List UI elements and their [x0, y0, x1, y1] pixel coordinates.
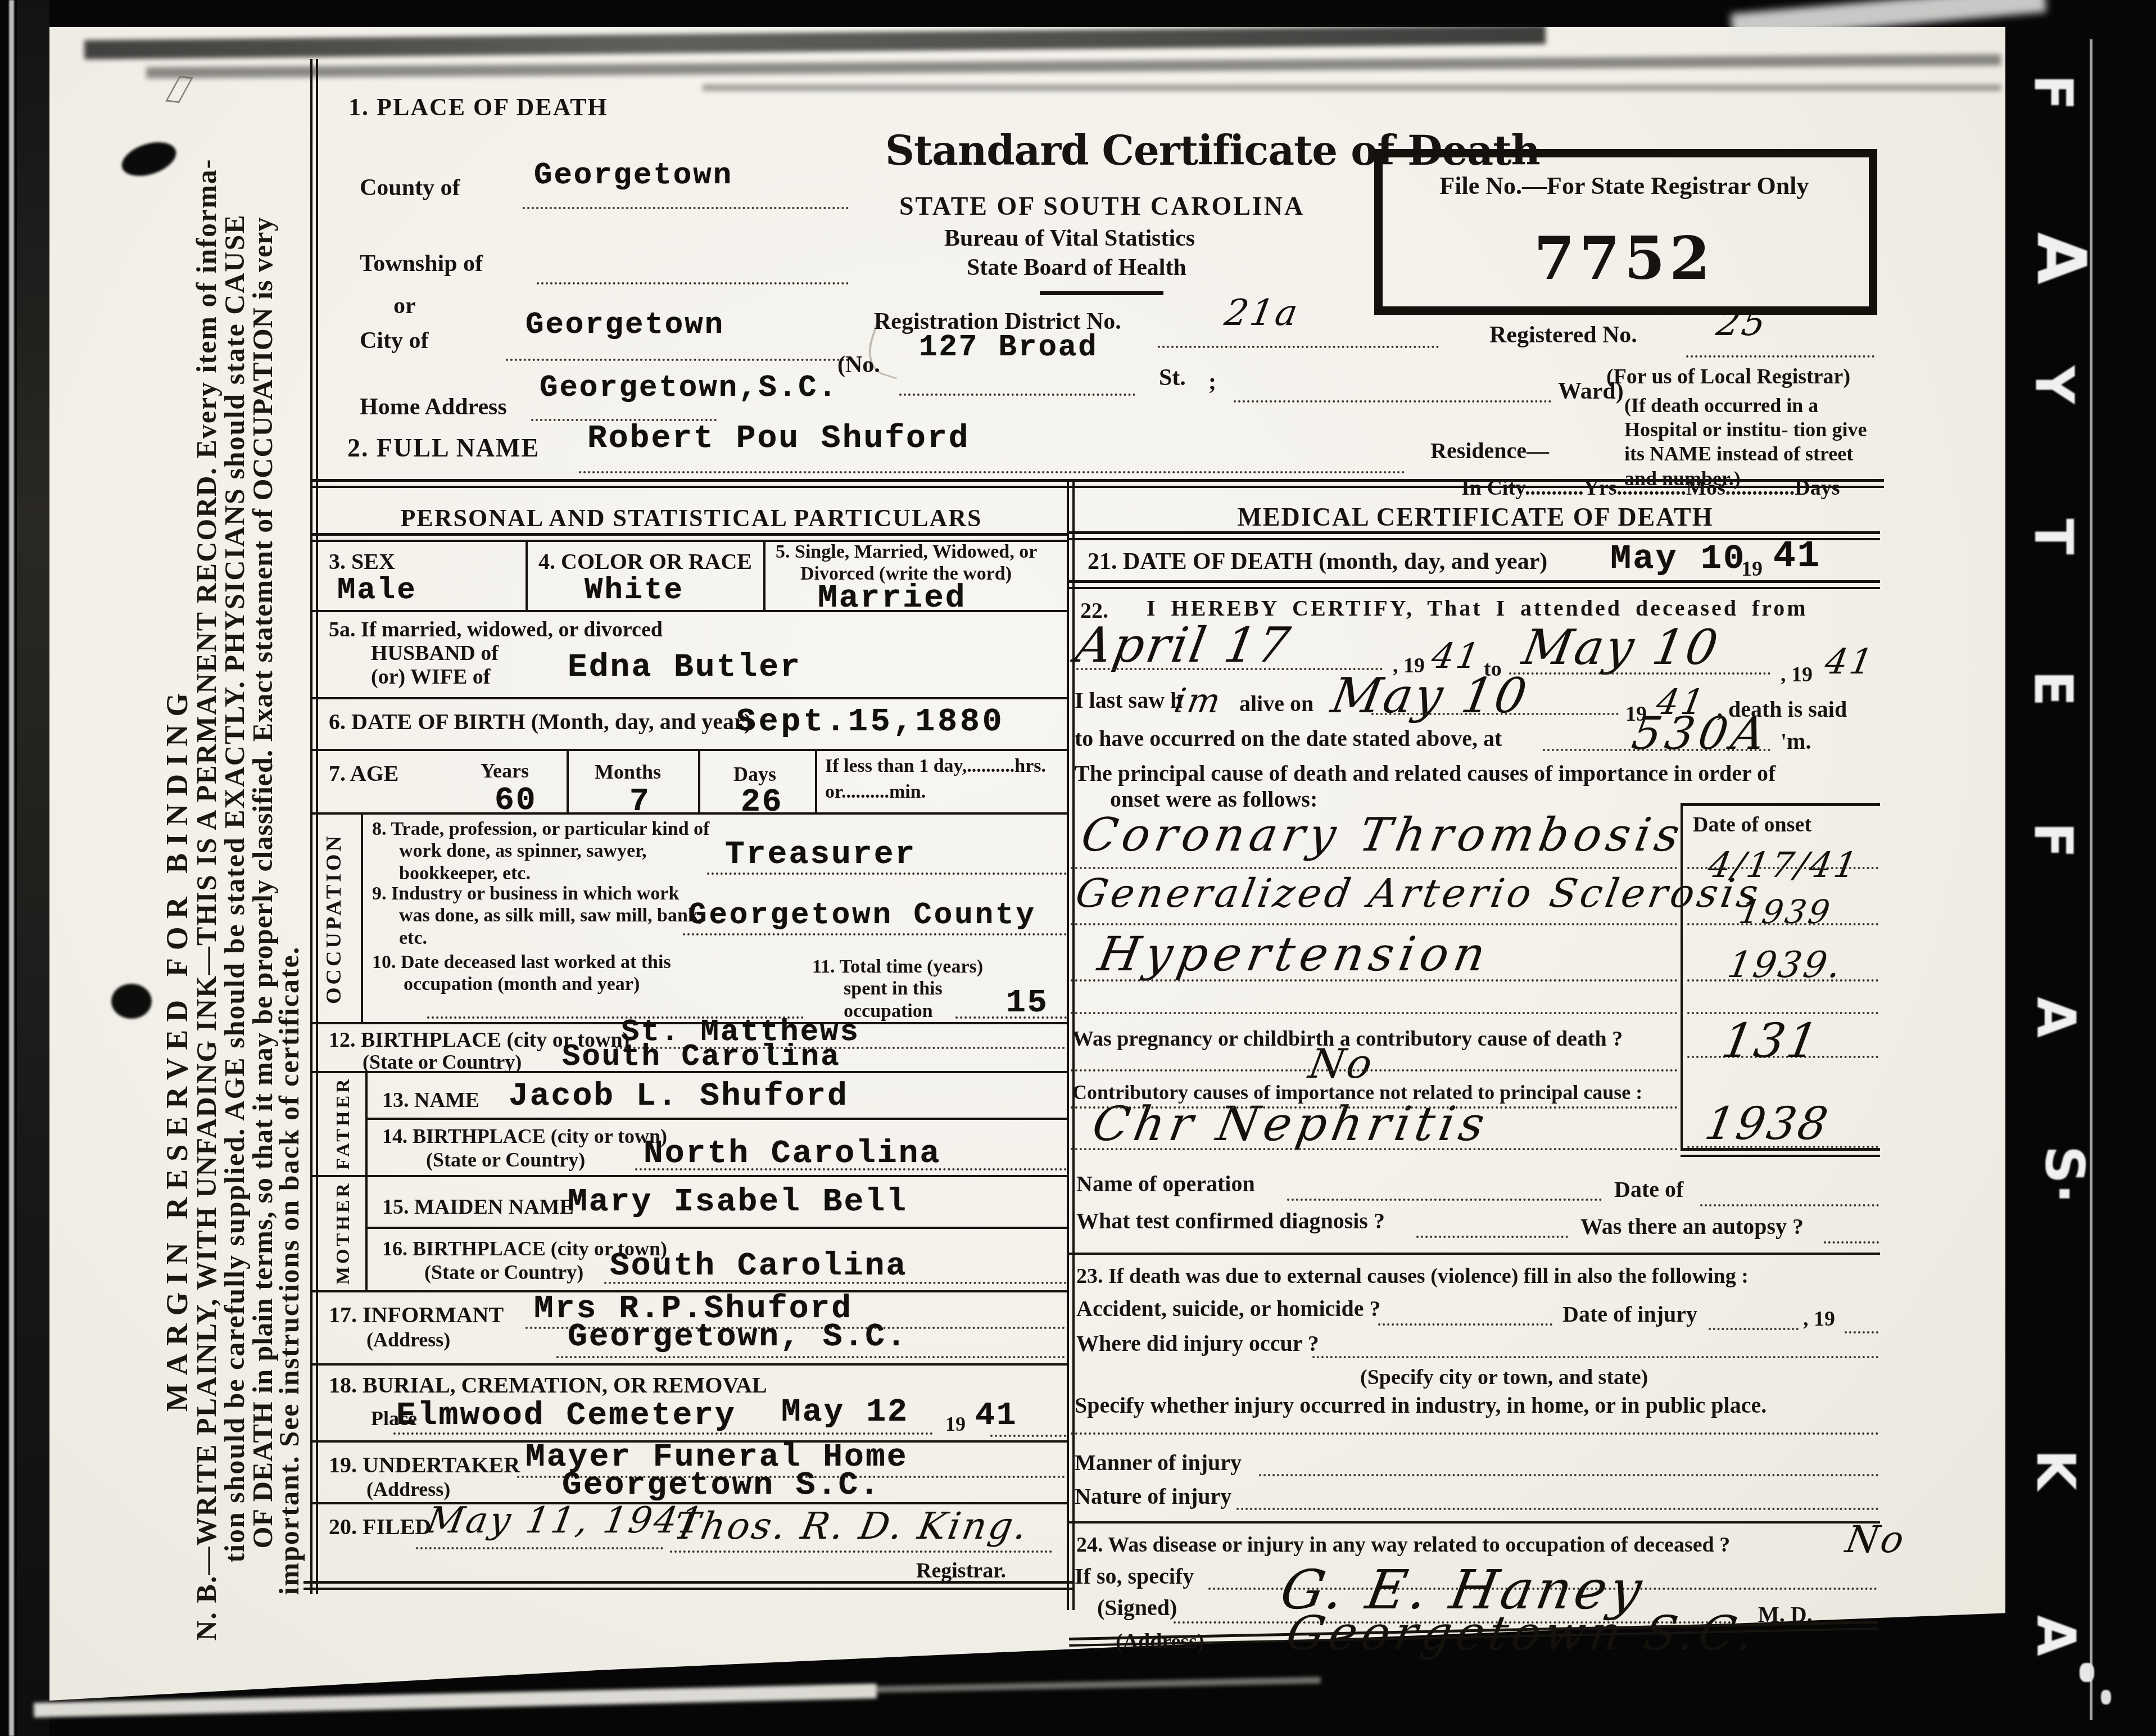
dotted-line: [1234, 400, 1551, 403]
residence-label: Residence—: [1430, 437, 1549, 464]
dotted-line: [556, 1356, 1065, 1358]
item13-label: 13. NAME: [382, 1088, 479, 1113]
contributory-onset-2: 1938: [1701, 1097, 1834, 1150]
left-column-bottom-rule: [304, 1581, 1072, 1590]
rule: [312, 610, 1069, 612]
bureau-line: Bureau of Vital Statistics: [944, 225, 1195, 252]
dotted-line: [1312, 1356, 1879, 1358]
item24-answer: No: [1842, 1518, 1909, 1561]
spouse-value: Edna Butler: [568, 649, 801, 686]
race-label: 4. COLOR OR RACE: [538, 548, 752, 575]
dotted-line: [1071, 979, 1678, 982]
printed-comma-19: , 19: [1781, 662, 1813, 687]
rule: [312, 749, 1069, 751]
dotted-line: [1158, 346, 1439, 348]
item12-state-value: South Carolina: [562, 1040, 841, 1074]
address-paren-label: (Address): [366, 1328, 450, 1351]
film-edge-letter: S·: [2033, 1146, 2094, 1204]
dotted-line: [393, 1432, 933, 1435]
attended-to-value: May 10: [1518, 620, 1724, 676]
st-label: St.: [1159, 364, 1186, 391]
dotted-line: [1236, 1508, 1879, 1510]
item21-value: May 10: [1610, 539, 1746, 578]
less-than-label: If less than 1 day,..........hrs. or....…: [825, 753, 1061, 805]
occurred-label: to have occurred on the date stated abov…: [1075, 725, 1502, 752]
husband-of-label: HUSBAND of: [371, 641, 499, 666]
item8-value: Treasurer: [725, 837, 916, 873]
board-line: State Board of Health: [967, 254, 1186, 281]
specify-industry-label: Specify whether injury occurred in indus…: [1075, 1392, 1767, 1418]
item5a-label: 5a. If married, widowed, or divorced: [329, 617, 663, 642]
item8-label: 8. Trade, profession, or particular kind…: [372, 818, 715, 884]
item23-label: 23. If death was due to external causes …: [1076, 1264, 1749, 1289]
rule: [1069, 580, 1880, 589]
dotted-line: [1071, 923, 1678, 925]
dotted-line: [1687, 923, 1878, 925]
occupation-inner-border: [361, 812, 363, 1022]
full-name-value: Robert Pou Shuford: [587, 421, 970, 457]
dotted-line: [1371, 713, 1619, 715]
county-label: County of: [360, 174, 460, 201]
film-left-white-sliver: [9, 0, 14, 1736]
printed-comma-19: , 19: [1803, 1306, 1835, 1331]
dob-value: Sept.15,1880: [736, 704, 1005, 740]
item11-label: 11. Total time (years) spent in this occ…: [812, 956, 1009, 1022]
days-label: Days: [733, 762, 776, 786]
dotted-line: [506, 359, 849, 361]
item9-label: 9. Industry or business in which work wa…: [372, 883, 709, 949]
rule: [1069, 531, 1880, 540]
rule: [312, 1175, 1069, 1177]
dotted-line: [1259, 1474, 1879, 1476]
file-no-value: 7752: [1383, 224, 1866, 293]
mother-inner-border: [365, 1175, 368, 1290]
dotted-line: [1845, 1331, 1878, 1333]
item19-label: 19. UNDERTAKER: [329, 1452, 520, 1478]
city-value: Georgetown: [526, 308, 724, 342]
item24-label: 24. Was disease or injury in any way rel…: [1076, 1532, 1730, 1557]
dotted-line: [670, 1550, 1052, 1553]
dob-label: 6. DATE OF BIRTH (Month, day, and year): [329, 708, 751, 735]
dotted-line: [1824, 1241, 1879, 1244]
age-label: 7. AGE: [329, 760, 398, 786]
printed-19: 19: [945, 1412, 966, 1436]
m-label: 'm.: [1781, 728, 1811, 754]
item17-label: 17. INFORMANT: [329, 1301, 504, 1328]
onset-box-bottom: [1681, 1148, 1880, 1157]
dotted-line: [1071, 1106, 1678, 1109]
race-value: White: [585, 573, 684, 608]
home-address-value: Georgetown,S.C.: [540, 371, 838, 405]
accident-label: Accident, suicide, or homicide ?: [1076, 1295, 1380, 1322]
rule: [1069, 1521, 1880, 1523]
registered-no-value: 25: [1713, 302, 1770, 344]
onset-box-top: [1681, 803, 1880, 806]
film-edge-letter: E: [2022, 670, 2083, 706]
dotted-line: [1509, 672, 1770, 675]
film-edge-letter: F: [2022, 822, 2083, 858]
test-label: What test confirmed diagnosis ?: [1076, 1208, 1385, 1234]
dotted-line: [1416, 1236, 1568, 1238]
cause-1-value: Coronary Thrombosis: [1077, 808, 1689, 862]
years-label: Years: [481, 759, 529, 783]
dotted-line: [1543, 749, 1770, 751]
bottom-right-speck-1: [2080, 1663, 2094, 1682]
state-line: STATE OF SOUTH CAROLINA: [899, 191, 1305, 221]
county-value: Georgetown: [534, 159, 733, 193]
dotted-line: [955, 1016, 1067, 1019]
margin-nb-line-4: important. See instructions on back of c…: [273, 946, 305, 1595]
item21-label: 21. DATE OF DEATH (month, day, and year): [1088, 548, 1547, 575]
contributory-value: Chr Nephritis: [1088, 1096, 1493, 1151]
burial-place-value: Elmwood Cemetery: [396, 1398, 736, 1434]
file-no-label: File No.—For State Registrar Only: [1383, 171, 1866, 200]
where-injury-label: Where did injury occur ?: [1076, 1330, 1319, 1357]
dotted-line: [579, 471, 1405, 473]
semicolon: ;: [1208, 368, 1216, 395]
cell-divider: [763, 540, 766, 610]
injury-date-label: Date of injury: [1562, 1301, 1697, 1327]
medical-section-title: MEDICAL CERTIFICATE OF DEATH: [1071, 502, 1880, 532]
item1-label: 1. PLACE OF DEATH: [348, 93, 608, 121]
address-paren-label: (Address): [366, 1477, 450, 1501]
sex-value: Male: [337, 573, 417, 608]
dotted-line: [990, 1435, 1066, 1437]
item9-value: Georgetown County: [689, 898, 1036, 933]
onset-box-left: [1681, 803, 1683, 1148]
residence-line: In City...........Yrs.............Mos...…: [1461, 476, 1840, 500]
last-saw-him: im: [1171, 681, 1225, 721]
dotted-line: [523, 207, 849, 209]
item13-value: Jacob L. Shuford: [509, 1078, 849, 1115]
film-white-line-right: [2090, 39, 2092, 1720]
registrar-label: Registrar.: [916, 1558, 1006, 1583]
last-saw-value: May 10: [1327, 668, 1533, 724]
item18-label: 18. BURIAL, CREMATION, OR REMOVAL: [329, 1372, 767, 1398]
contributory-onset-1: 131: [1718, 1013, 1824, 1068]
registration-district-value: 21a: [1221, 292, 1303, 334]
last-saw-label-1: I last saw h: [1075, 687, 1183, 713]
item10-label: 10. Date deceased last worked at this oc…: [372, 951, 687, 996]
rule: [365, 1118, 1069, 1120]
principal-cause-line-1: The principal cause of death and related…: [1075, 760, 1775, 786]
manner-label: Manner of injury: [1075, 1449, 1242, 1476]
cell-divider: [815, 750, 817, 812]
film-left-mottle: [17, 0, 49, 1736]
dotted-line: [537, 282, 849, 284]
hour-value: 530A: [1628, 707, 1774, 759]
date-of-label: Date of: [1614, 1176, 1683, 1202]
burial-date-value: May 12: [781, 1394, 909, 1431]
margin-binding-note: MARGIN RESERVED FOR BINDING: [160, 685, 194, 1412]
filed-date-value: May 11, 1941: [423, 1500, 708, 1541]
bottom-right-speck-2: [2101, 1690, 2111, 1705]
dotted-line: [1071, 1432, 1879, 1435]
state-country-label: (State or Country): [363, 1050, 522, 1074]
state-country-label: (State or Country): [424, 1260, 583, 1284]
film-edge-letter: Y: [2023, 365, 2085, 404]
scanned-death-certificate: { "film": { "edge_letters": ["F","A","Y"…: [0, 0, 2156, 1736]
dotted-line: [707, 872, 1067, 875]
father-inner-border: [365, 1071, 368, 1175]
city-label: City of: [360, 327, 428, 354]
wife-of-label: (or) WIFE of: [371, 664, 491, 689]
bottom-white-streak-2: [815, 1677, 1321, 1694]
township-label: Township of: [360, 250, 483, 277]
item15-label: 15. MAIDEN NAME: [382, 1195, 574, 1219]
rule: [1069, 1253, 1880, 1255]
state-country-label: (State or Country): [426, 1148, 585, 1172]
item21-year-value: 41: [1773, 535, 1821, 577]
dotted-line: [1071, 867, 1678, 869]
dotted-line: [1686, 355, 1874, 358]
film-edge-letter: A: [2024, 1615, 2086, 1656]
last-saw-label-2: alive on: [1239, 690, 1313, 717]
item15-value: Mary Isabel Bell: [568, 1184, 908, 1220]
rule: [365, 1227, 1069, 1229]
signed-label: (Signed): [1097, 1594, 1177, 1621]
nature-label: Nature of injury: [1075, 1483, 1231, 1509]
cause-3-value: Hypertension: [1094, 926, 1495, 982]
days-value: 26: [741, 784, 783, 821]
dotted-line: [1071, 1069, 1678, 1072]
personal-section-title: PERSONAL AND STATISTICAL PARTICULARS: [315, 504, 1068, 532]
title-underline: [1040, 291, 1163, 295]
sex-label: 3. SEX: [329, 548, 395, 575]
film-edge-letter: T: [2022, 518, 2083, 554]
rule: [312, 1363, 1069, 1366]
rule: [312, 697, 1069, 699]
item14-label: 14. BIRTHPLACE (city or town): [382, 1124, 667, 1148]
dotted-line: [416, 1547, 663, 1549]
printed-19: 19: [1741, 557, 1763, 581]
or-label: or: [393, 292, 416, 319]
father-side-label: FATHER: [333, 1073, 364, 1174]
dotted-line: [1287, 1199, 1602, 1201]
home-address-label: Home Address: [360, 394, 507, 421]
registered-no-label: Registered No.: [1489, 322, 1637, 349]
cause-2-value: Generalized Arterio Sclerosis: [1072, 870, 1765, 916]
dotted-line: [635, 1168, 1067, 1170]
film-edge-letter: K: [2024, 1449, 2086, 1490]
operation-label: Name of operation: [1076, 1170, 1255, 1197]
ward-label: Ward): [1558, 378, 1624, 405]
dotted-line: [1700, 1204, 1879, 1206]
dotted-line: [1709, 1328, 1799, 1330]
occupation-side-label: OCCUPATION: [321, 816, 355, 1021]
rule: [312, 812, 1069, 815]
local-registrar-note: (For us of Local Registrar): [1606, 364, 1850, 389]
dotted-line: [1071, 1012, 1678, 1014]
attended-from-value: April 17: [1071, 617, 1296, 673]
dotted-line: [604, 1282, 1067, 1284]
undertaker-address-value: Georgetown S.C.: [562, 1467, 881, 1504]
cell-divider: [698, 750, 700, 812]
dotted-line: [1687, 867, 1878, 869]
item2-label: 2. FULL NAME: [347, 433, 540, 463]
registrar-signature: Thos. R. D. King.: [671, 1504, 1032, 1548]
specify-city-label: (Specify city or town, and state): [1360, 1365, 1648, 1390]
dotted-line: [683, 933, 1067, 935]
item16-value: South Carolina: [610, 1248, 907, 1285]
months-label: Months: [595, 760, 661, 784]
film-edge-letter: F: [2022, 74, 2083, 110]
street-no-label: (No.: [837, 351, 880, 378]
burial-year-value: 41: [975, 1398, 1018, 1434]
item17-address-value: Georgetown, S.C.: [568, 1319, 908, 1355]
cell-divider: [526, 540, 528, 610]
film-edge-letter: A: [2022, 232, 2100, 284]
onset-column-label: Date of onset: [1693, 812, 1811, 837]
mother-side-label: MOTHER: [333, 1178, 364, 1288]
if-so-specify-label: If so, specify: [1075, 1563, 1194, 1589]
autopsy-label: Was there an autopsy ?: [1580, 1213, 1804, 1240]
dotted-line: [899, 394, 1135, 396]
dotted-line: [1687, 979, 1878, 982]
film-edge-letter: A: [2024, 997, 2086, 1038]
dotted-line: [1071, 1148, 1678, 1150]
marital-label: 5. Single, Married, Widowed, or Divorced…: [776, 541, 1063, 585]
street-no-value: 127 Broad: [919, 331, 1098, 365]
item14-value: North Carolina: [644, 1136, 941, 1172]
rule: [312, 1071, 1069, 1073]
attended-to-year: 41: [1822, 641, 1878, 682]
dotted-line: [1378, 1323, 1552, 1326]
cell-divider: [567, 750, 569, 812]
months-value: 7: [629, 784, 651, 820]
item20-label: 20. FILED: [329, 1513, 431, 1540]
